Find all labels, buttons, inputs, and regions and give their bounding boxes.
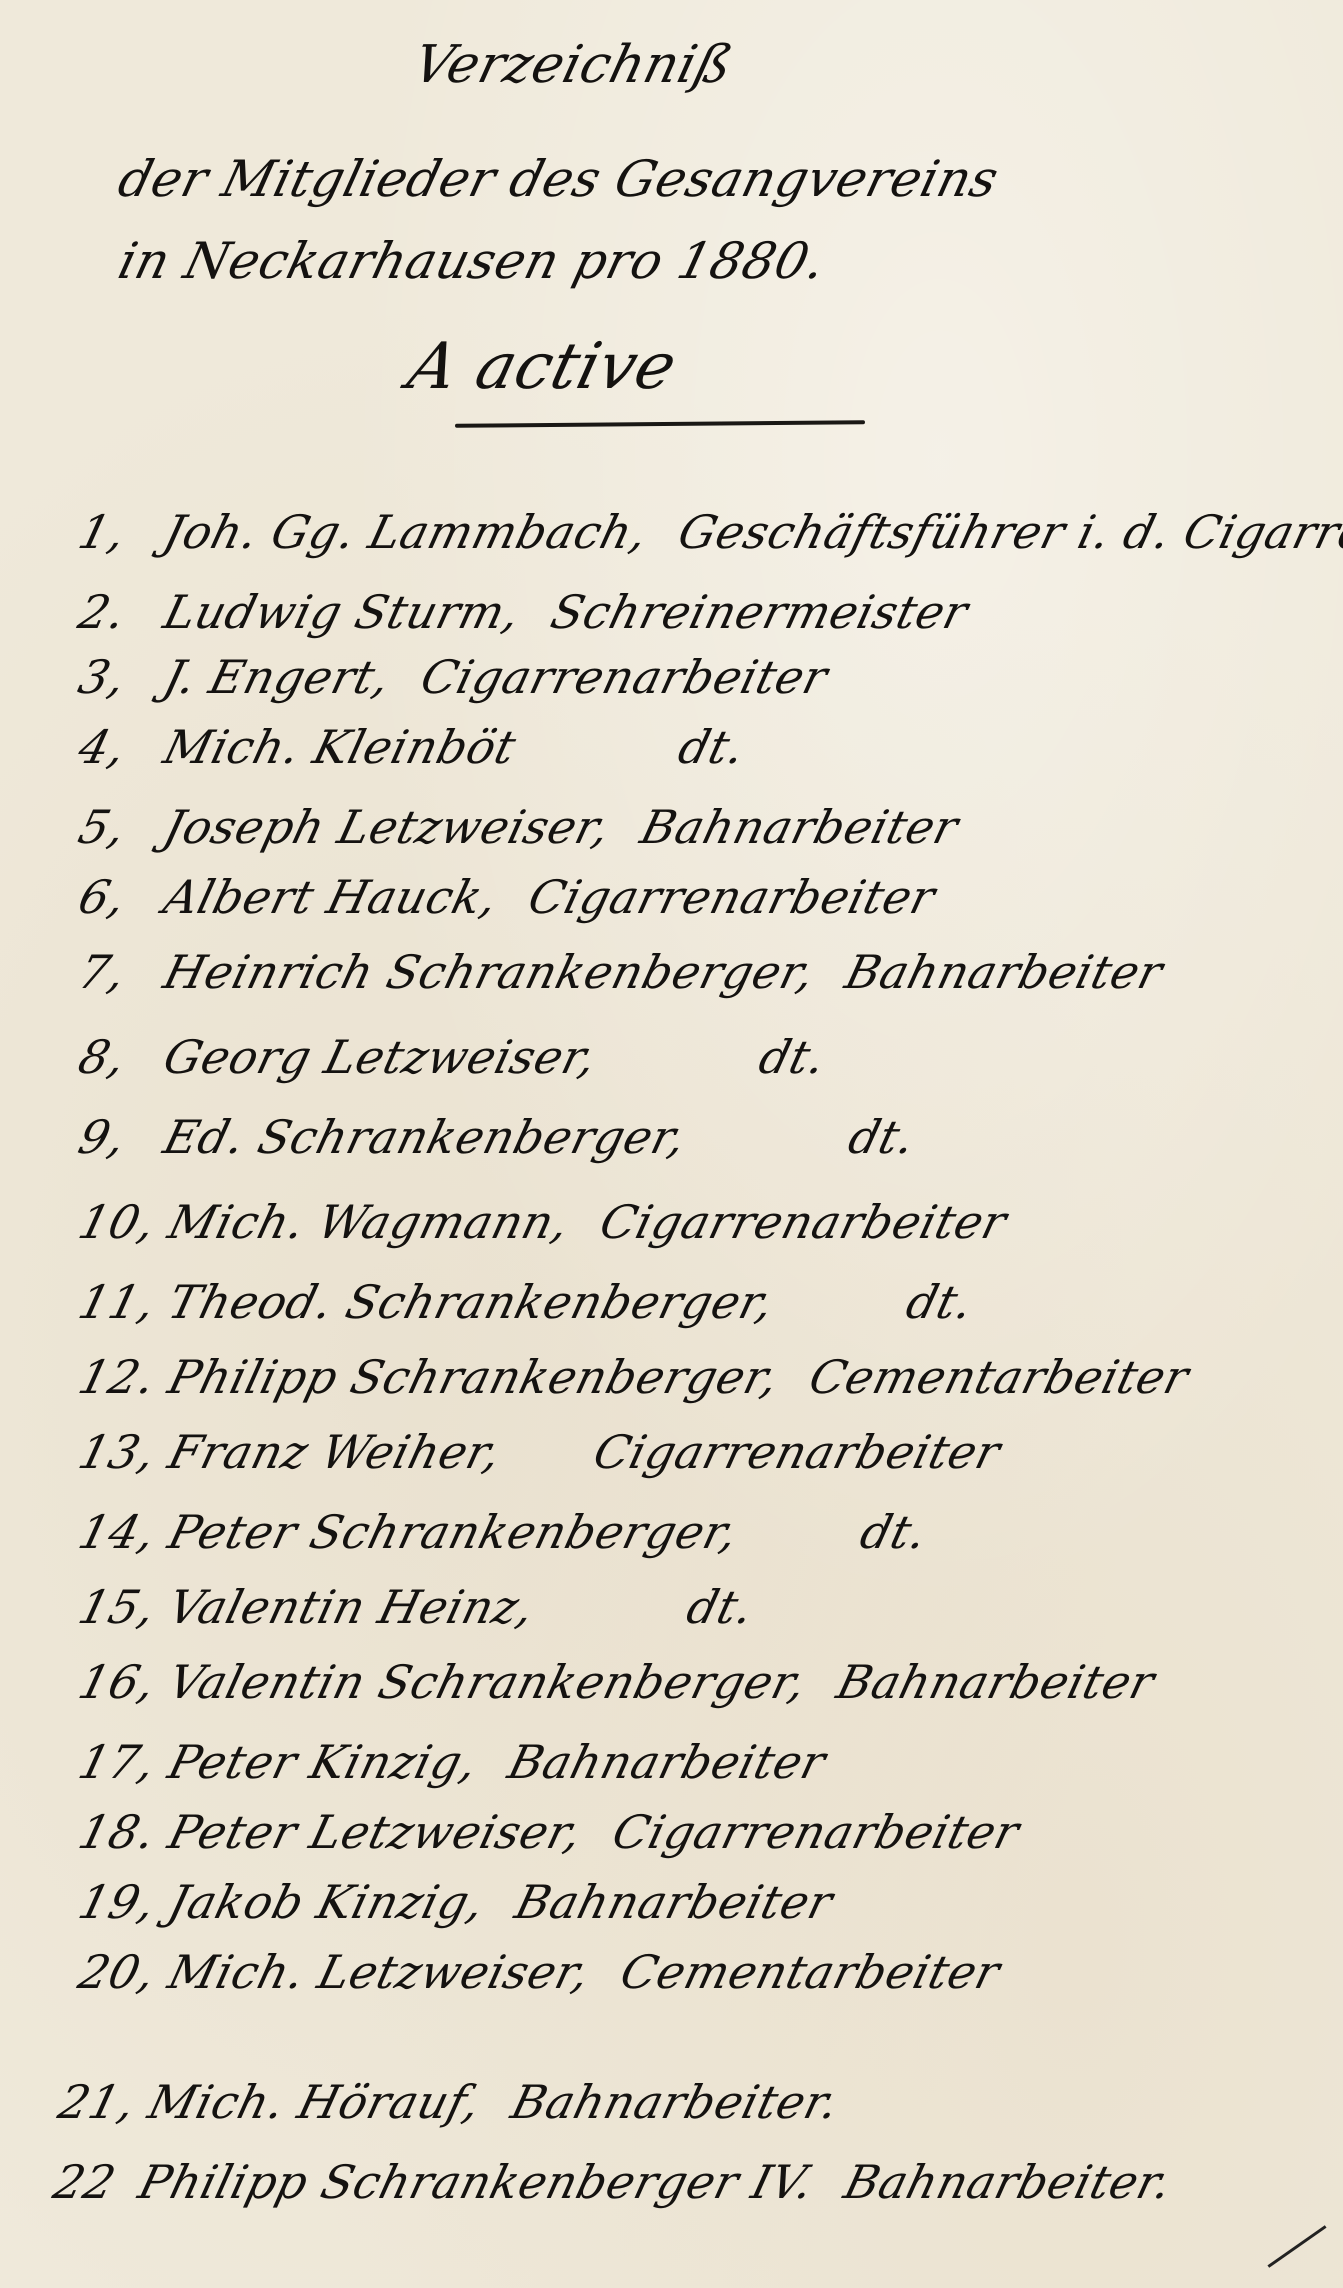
member-number: 4, xyxy=(73,720,156,774)
member-name: Theod. Schrankenberger, xyxy=(163,1275,779,1329)
member-number: 8, xyxy=(73,1030,156,1084)
member-number: 20, xyxy=(73,1945,161,1999)
member-entry: 21, Mich. Hörauf, Bahnarbeiter. xyxy=(53,2075,844,2129)
member-occupation: Geschäftsführer i. d. Cigarrenfab. xyxy=(673,505,1343,559)
member-number: 15, xyxy=(73,1580,161,1634)
member-number: 17, xyxy=(73,1735,161,1789)
member-number: 5, xyxy=(73,800,156,854)
document-subtitle-line-2: in Neckarhausen pro 1880. xyxy=(113,232,832,290)
member-number: 3, xyxy=(73,650,156,704)
member-name: Joseph Letzweiser, xyxy=(158,800,615,854)
member-occupation: dt. xyxy=(673,720,751,774)
member-name: Philipp Schrankenberger, xyxy=(163,1350,784,1404)
member-entry: 17, Peter Kinzig, Bahnarbeiter xyxy=(73,1735,831,1789)
member-name: Heinrich Schrankenberger, xyxy=(158,945,820,999)
member-entry: 16, Valentin Schrankenberger, Bahnarbeit… xyxy=(73,1655,1160,1709)
member-occupation: dt. xyxy=(843,1110,921,1164)
member-number: 12. xyxy=(73,1350,161,1404)
member-entry: 7, Heinrich Schrankenberger, Bahnarbeite… xyxy=(73,945,1168,999)
member-occupation: Cigarrenarbeiter xyxy=(523,870,941,924)
member-entry: 1, Joh. Gg. Lammbach, Geschäftsführer i.… xyxy=(73,505,1343,559)
member-entry: 4, Mich. Kleinböt dt. xyxy=(73,720,750,774)
document-subtitle-line-1: der Mitglieder des Gesangvereins xyxy=(113,150,1005,208)
member-name: J. Engert, xyxy=(158,650,396,704)
member-name: Ed. Schrankenberger, xyxy=(158,1110,691,1164)
member-occupation: Cementarbeiter xyxy=(615,1945,1005,1999)
member-entry: 20, Mich. Letzweiser, Cementarbeiter xyxy=(73,1945,1005,1999)
pen-stroke-mark xyxy=(1267,2225,1326,2268)
member-entry: 2. Ludwig Sturm, Schreinermeister xyxy=(73,585,973,639)
member-entry: 12. Philipp Schrankenberger, Cementarbei… xyxy=(73,1350,1194,1404)
member-name: Ludwig Sturm, xyxy=(158,585,526,639)
member-occupation: Bahnarbeiter xyxy=(840,945,1168,999)
member-occupation: dt. xyxy=(901,1275,979,1329)
member-number: 9, xyxy=(73,1110,156,1164)
member-number: 22 xyxy=(48,2155,131,2209)
member-occupation: Cigarrenarbeiter xyxy=(607,1805,1025,1859)
member-number: 11, xyxy=(73,1275,161,1329)
member-name: Franz Weiher, xyxy=(163,1425,507,1479)
member-entry: 9, Ed. Schrankenberger, dt. xyxy=(73,1110,921,1164)
member-number: 2. xyxy=(73,585,156,639)
member-entry: 19, Jakob Kinzig, Bahnarbeiter xyxy=(73,1875,838,1929)
member-name: Mich. Wagmann, xyxy=(163,1195,575,1249)
member-number: 16, xyxy=(73,1655,161,1709)
section-underline xyxy=(455,420,865,428)
member-occupation: Bahnarbeiter. xyxy=(506,2075,845,2129)
member-occupation: Bahnarbeiter xyxy=(503,1735,831,1789)
member-number: 14, xyxy=(73,1505,161,1559)
member-name: Joh. Gg. Lammbach, xyxy=(158,505,653,559)
member-name: Peter Schrankenberger, xyxy=(163,1505,743,1559)
member-occupation: Bahnarbeiter xyxy=(510,1875,838,1929)
member-occupation: Cigarrenarbeiter xyxy=(588,1425,1006,1479)
member-occupation: Cigarrenarbeiter xyxy=(595,1195,1013,1249)
member-number: 7, xyxy=(73,945,156,999)
member-number: 6, xyxy=(73,870,156,924)
member-name: Philipp Schrankenberger IV. xyxy=(133,2155,819,2209)
member-entry: 14, Peter Schrankenberger, dt. xyxy=(73,1505,932,1559)
member-name: Peter Kinzig, xyxy=(163,1735,483,1789)
section-heading: A active xyxy=(401,330,684,404)
member-entry: 6, Albert Hauck, Cigarrenarbeiter xyxy=(73,870,940,924)
member-name: Georg Letzweiser, xyxy=(158,1030,602,1084)
member-name: Mich. Letzweiser, xyxy=(163,1945,596,1999)
member-occupation: Schreinermeister xyxy=(546,585,974,639)
member-name: Mich. Kleinböt xyxy=(158,720,521,774)
member-occupation: dt. xyxy=(682,1580,760,1634)
member-entry: 18. Peter Letzweiser, Cigarrenarbeiter xyxy=(73,1805,1025,1859)
member-occupation: Bahnarbeiter. xyxy=(839,2155,1178,2209)
member-number: 13, xyxy=(73,1425,161,1479)
member-occupation: Cementarbeiter xyxy=(804,1350,1194,1404)
member-occupation: Bahnarbeiter xyxy=(635,800,963,854)
member-number: 1, xyxy=(73,505,156,559)
member-occupation: Bahnarbeiter xyxy=(832,1655,1160,1709)
member-entry: 3, J. Engert, Cigarrenarbeiter xyxy=(73,650,833,704)
member-name: Mich. Hörauf, xyxy=(143,2075,486,2129)
member-entry: 5, Joseph Letzweiser, Bahnarbeiter xyxy=(73,800,964,854)
member-entry: 15, Valentin Heinz, dt. xyxy=(73,1580,759,1634)
member-occupation: dt. xyxy=(855,1505,933,1559)
member-number: 21, xyxy=(53,2075,141,2129)
member-occupation: dt. xyxy=(754,1030,832,1084)
document-page: Verzeichniß der Mitglieder des Gesangver… xyxy=(0,0,1343,2288)
member-number: 10, xyxy=(73,1195,161,1249)
member-entry: 8, Georg Letzweiser, dt. xyxy=(73,1030,831,1084)
member-entry: 10, Mich. Wagmann, Cigarrenarbeiter xyxy=(73,1195,1012,1249)
member-name: Peter Letzweiser, xyxy=(163,1805,588,1859)
member-entry: 22 Philipp Schrankenberger IV. Bahnarbei… xyxy=(48,2155,1177,2209)
member-name: Valentin Schrankenberger, xyxy=(163,1655,812,1709)
document-title: Verzeichniß xyxy=(408,35,739,95)
member-entry: 13, Franz Weiher, Cigarrenarbeiter xyxy=(73,1425,1006,1479)
member-number: 18. xyxy=(73,1805,161,1859)
member-entry: 11, Theod. Schrankenberger, dt. xyxy=(73,1275,978,1329)
member-name: Valentin Heinz, xyxy=(163,1580,540,1634)
member-occupation: Cigarrenarbeiter xyxy=(416,650,834,704)
member-name: Jakob Kinzig, xyxy=(163,1875,490,1929)
member-number: 19, xyxy=(73,1875,161,1929)
member-name: Albert Hauck, xyxy=(158,870,503,924)
